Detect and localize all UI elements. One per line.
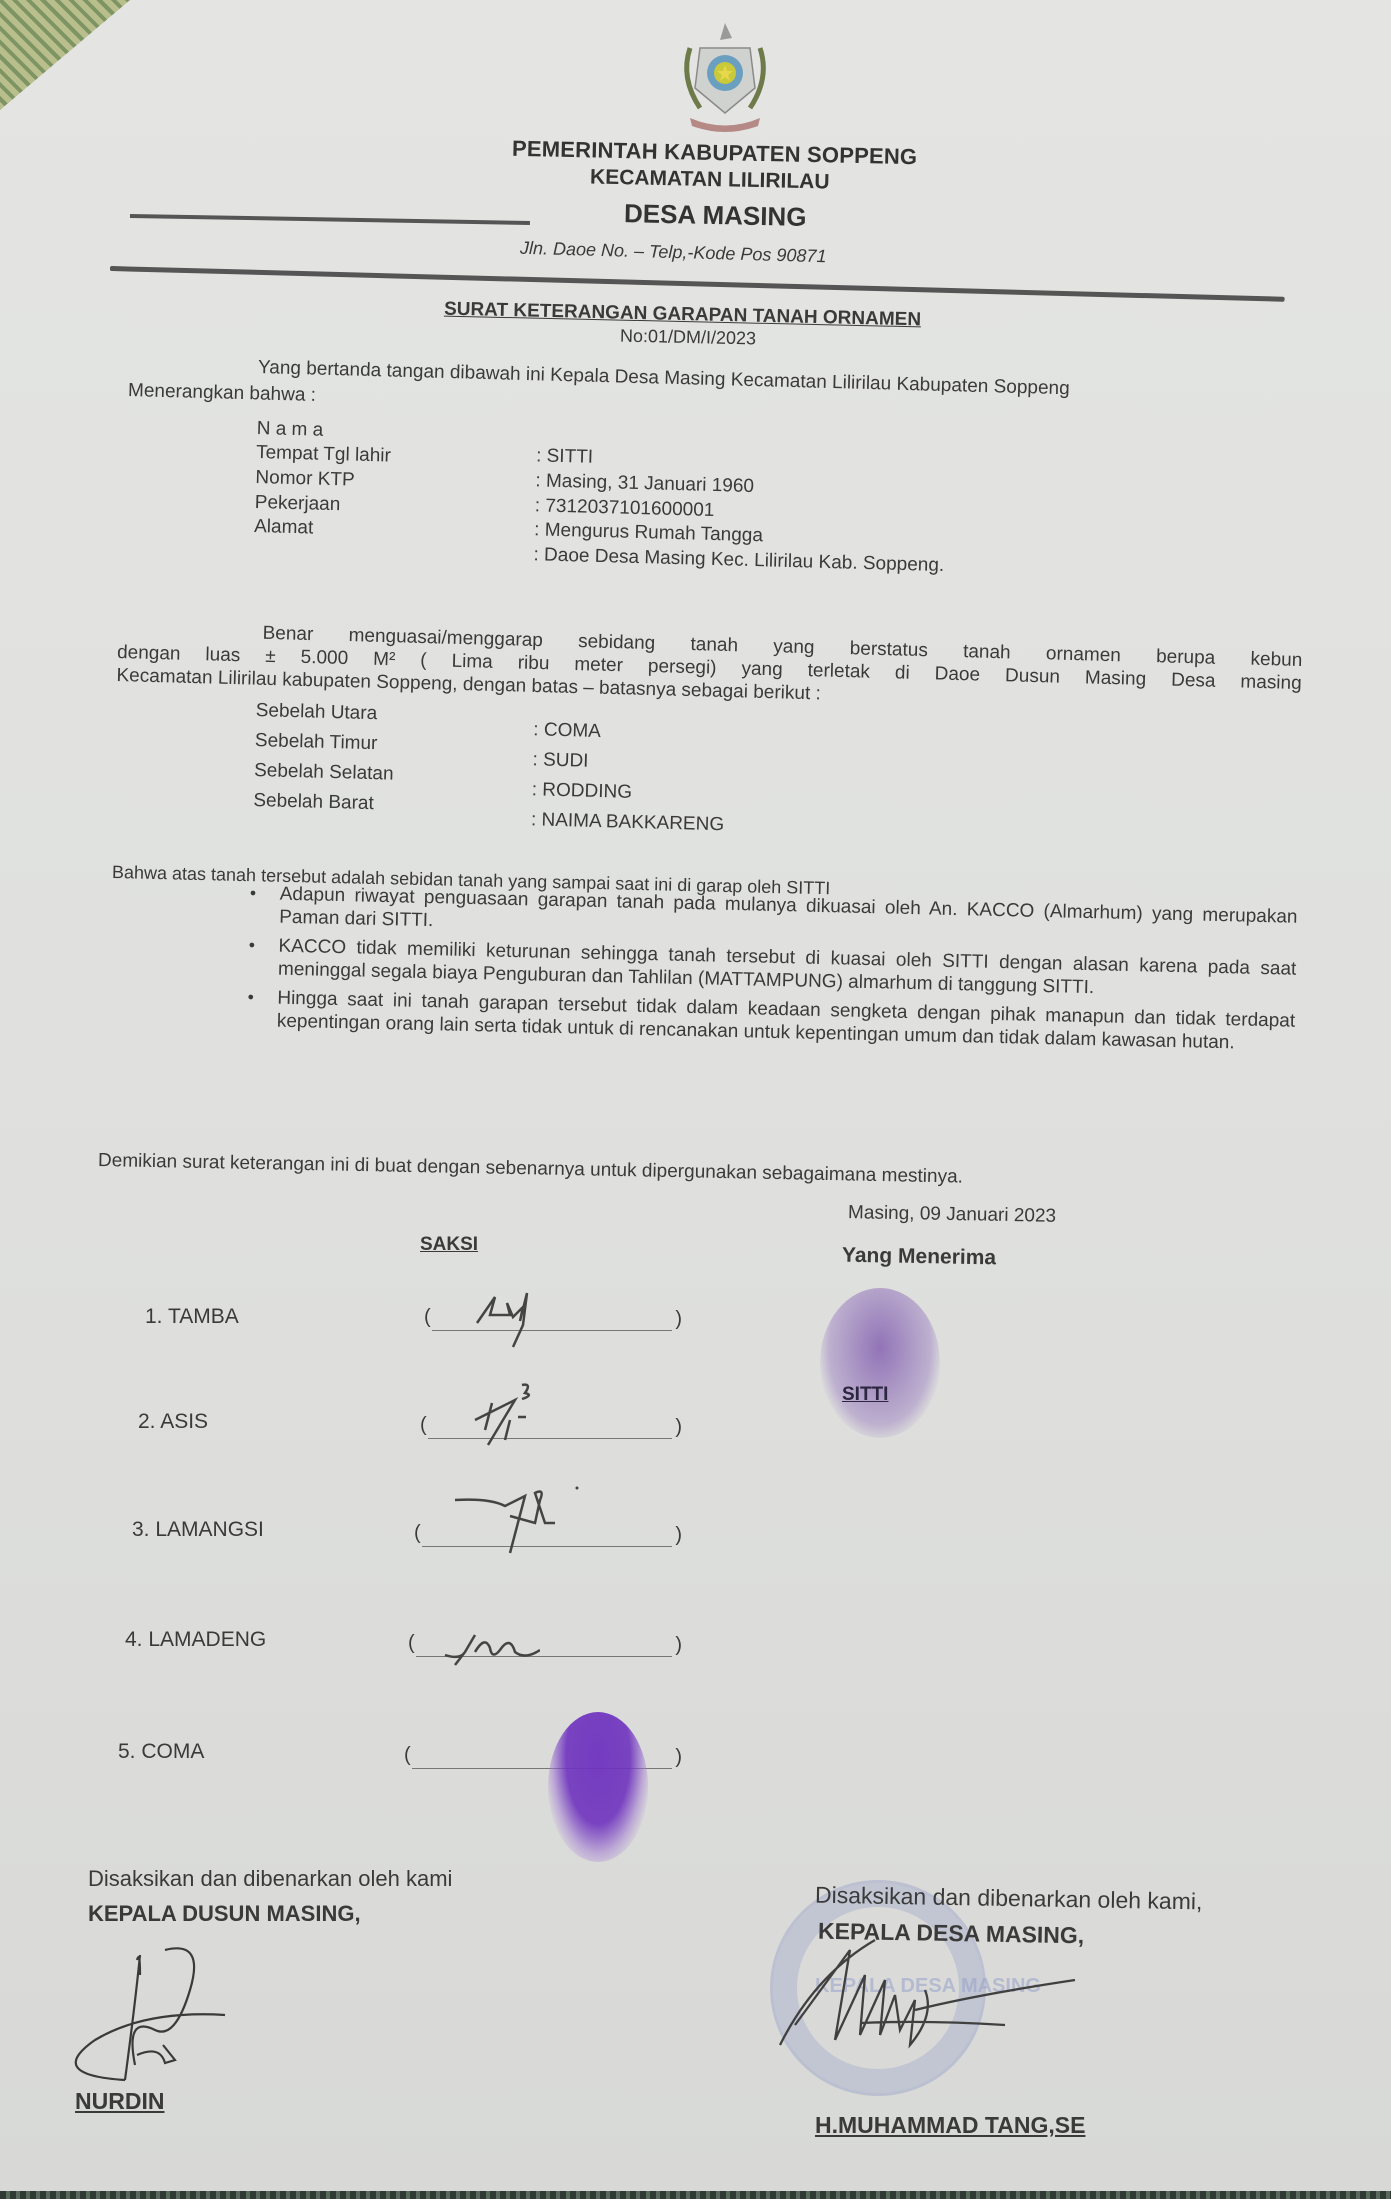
recipient-heading: Yang Menerima (842, 1244, 996, 1271)
witness-name: 5. COMA (118, 1740, 204, 1764)
signature-nurdin-icon (65, 1945, 245, 2095)
boundary-label: Sebelah Selatan (254, 760, 394, 786)
identity-value: : Mengurus Rumah Tangga (534, 519, 763, 547)
signature-lamangsi-icon (450, 1478, 590, 1558)
intro-text-2: Menerangkan bahwa : (128, 380, 317, 407)
intro-text: Yang bertanda tangan dibawah ini Kepala … (258, 357, 1070, 400)
identity-label: Alamat (254, 516, 314, 540)
identity-label: Pekerjaan (254, 492, 340, 516)
hamlet-head-caption: Disaksikan dan dibenarkan oleh kami (88, 1866, 452, 1892)
identity-label: Tempat Tgl lahir (256, 442, 391, 468)
witness-name: 2. ASIS (138, 1410, 208, 1434)
witness-name: 1. TAMBA (145, 1305, 239, 1329)
boundary-label: Sebelah Utara (255, 700, 377, 725)
boundary-label: Sebelah Timur (255, 730, 378, 755)
letterhead-government: PEMERINTAH KABUPATEN SOPPENG (512, 136, 918, 170)
thumbprint-coma-icon (548, 1712, 648, 1862)
identity-value: : SITTI (536, 445, 594, 468)
document-number: No:01/DM/I/2023 (620, 326, 756, 350)
identity-label: Nomor KTP (255, 467, 355, 492)
letterhead-village: DESA MASING (624, 198, 807, 233)
identity-value: : 7312037101600001 (534, 495, 714, 522)
letterhead-district: KECAMATAN LILIRILAU (590, 165, 830, 194)
identity-value: : Daoe Desa Masing Kec. Lilirilau Kab. S… (533, 544, 944, 577)
witness-name: 4. LAMADENG (125, 1628, 266, 1652)
recipient-name: SITTI (842, 1384, 888, 1406)
boundary-value: : SUDI (532, 749, 589, 772)
witness-name: 3. LAMANGSI (132, 1518, 264, 1542)
boundary-label: Sebelah Barat (253, 790, 374, 815)
hamlet-head-role: KEPALA DUSUN MASING, (88, 1901, 361, 1927)
boundary-value: : RODDING (531, 779, 632, 804)
signature-tamba-icon (465, 1285, 565, 1355)
witness-heading: SAKSI (420, 1234, 478, 1256)
hamlet-head-name: NURDIN (75, 2088, 164, 2115)
identity-label: N a m a (256, 418, 323, 442)
identity-value: : Masing, 31 Januari 1960 (535, 470, 754, 498)
background-surface (0, 2191, 1391, 2199)
signature-muhammad-tang-icon (775, 1935, 1135, 2085)
signature-asis-icon (470, 1375, 570, 1450)
village-head-name: H.MUHAMMAD TANG,SE (815, 2112, 1085, 2139)
closing-text: Demikian surat keterangan ini di buat de… (98, 1150, 963, 1189)
boundary-value: : COMA (533, 719, 601, 743)
document-paper: PEMERINTAH KABUPATEN SOPPENG KECAMATAN L… (0, 0, 1391, 2191)
signature-lamadeng-icon (440, 1630, 540, 1670)
letterhead-divider (130, 214, 530, 225)
letterhead-divider-main (110, 266, 1285, 302)
thumbprint-sitti-icon (820, 1288, 940, 1438)
history-list: Adapun riwayat penguasaan garapan tanah … (246, 882, 1297, 1062)
boundary-value: : NAIMA BAKKARENG (531, 809, 725, 836)
place-date: Masing, 09 Januari 2023 (848, 1202, 1056, 1228)
regency-emblem-icon (670, 18, 780, 138)
letterhead-address: Jln. Daoe No. – Telp,-Kode Pos 90871 (520, 238, 827, 268)
